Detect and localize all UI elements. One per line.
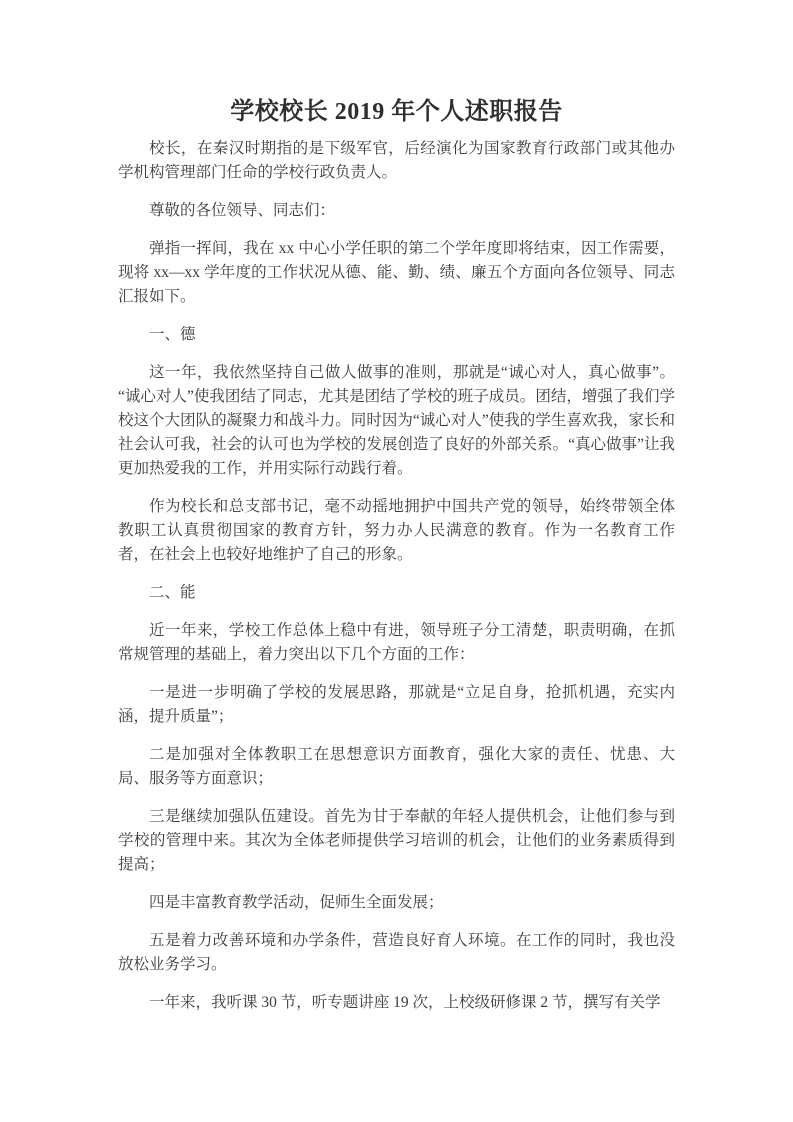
section-heading-de: 一、德 [118,323,675,347]
paragraph-neng-intro: 近一年来，学校工作总体上稳中有进，领导班子分工清楚，职责明确，在抓常规管理的基础… [118,619,675,667]
paragraph-point-3: 三是继续加强队伍建设。首先为甘于奉献的年轻人提供机会，让他们参与到学校的管理中来… [118,805,675,877]
document-title: 学校校长 2019 年个人述职报告 [118,95,675,129]
section-heading-neng: 二、能 [118,581,675,605]
paragraph-point-1: 一是进一步明确了学校的发展思路，那就是“立足自身，抢抓机遇，充实内涵，提升质量”… [118,681,675,729]
paragraph-point-2: 二是加强对全体教职工在思想意识方面教育，强化大家的责任、忧患、大局、服务等方面意… [118,743,675,791]
paragraph-de-principles: 这一年，我依然坚持自己做人做事的准则，那就是“诚心对人，真心做事”。“诚心对人”… [118,361,675,481]
paragraph-study-stats: 一年来，我听课 30 节，听专题讲座 19 次，上校级研修课 2 节，撰写有关学 [118,991,675,1015]
paragraph-salutation: 尊敬的各位领导、同志们： [118,199,675,223]
paragraph-point-5: 五是着力改善环境和办学条件，营造良好育人环境。在工作的同时，我也没放松业务学习。 [118,929,675,977]
document-page: 学校校长 2019 年个人述职报告 校长，在秦汉时期指的是下级军官，后经演化为国… [0,0,793,1122]
paragraph-opening: 弹指一挥间，我在 xx 中心小学任职的第二个学年度即将结束，因工作需要，现将 x… [118,237,675,309]
paragraph-de-party: 作为校长和总支部书记，毫不动摇地拥护中国共产党的领导，始终带领全体教职工认真贯彻… [118,495,675,567]
paragraph-point-4: 四是丰富教育教学活动，促师生全面发展； [118,891,675,915]
paragraph-definition: 校长，在秦汉时期指的是下级军官，后经演化为国家教育行政部门或其他办学机构管理部门… [118,137,675,185]
